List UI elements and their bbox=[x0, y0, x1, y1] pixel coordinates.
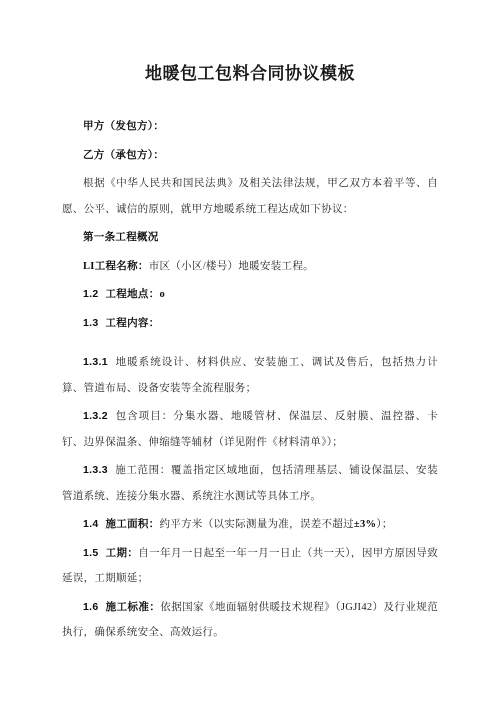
contract-document-page: 地暖包工包料合同协议模板 甲方（发包方）：乙方（承包方）：根据《中华人民共和国民… bbox=[0, 0, 500, 646]
clause-1-3-project-content: 1.3工程内容： bbox=[62, 311, 438, 337]
clause-1-3-1-scope-of-services-number: 1.3.1 bbox=[83, 356, 108, 368]
preamble-text: 根据《中华人民共和国民法典》及相关法律法规，甲乙双方本着平等、自愿、公平、诚信的… bbox=[62, 178, 438, 215]
party-b-line: 乙方（承包方）： bbox=[62, 143, 438, 169]
party-a-line: 甲方（发包方）： bbox=[62, 114, 438, 140]
clause-1-3-1-scope-of-services-text: 地暖系统设计、材料供应、安装施工、调试及售后，包括热力计算、管道布局、设备安装等… bbox=[62, 357, 438, 394]
clause-1-2-project-location: 1.2工程地点：o bbox=[62, 282, 438, 308]
clause-1-4-construction-area: 1.4施工面积：约平方米（以实际测量为准，误差不超过±3%）； bbox=[62, 512, 438, 538]
clause-1-6-construction-standard-number: 1.6 bbox=[83, 601, 99, 613]
clause-1-5-construction-period-text: 工期： bbox=[106, 548, 139, 559]
clause-1-3-project-content-text: 工程内容： bbox=[106, 318, 160, 329]
clause-1-2-project-location-text: 工程地点：o bbox=[106, 289, 166, 300]
clause-1-4-construction-area-text: ）； bbox=[376, 519, 392, 530]
clause-1-4-construction-area-number: 1.4 bbox=[83, 518, 99, 530]
clause-1-heading-text: 第一条工程概况 bbox=[83, 232, 159, 243]
clause-1-3-3-construction-scope-text: 施工范围：覆盖指定区域地面，包括清理基层、铺设保温层、安装管道系统、连接分集水器… bbox=[62, 465, 438, 502]
document-title: 地暖包工包料合同协议模板 bbox=[62, 0, 438, 86]
clause-1-3-1-scope-of-services: 1.3.1地暖系统设计、材料供应、安装施工、调试及售后，包括热力计算、管道布局、… bbox=[62, 350, 438, 401]
clause-1-3-2-included-items-number: 1.3.2 bbox=[83, 410, 108, 422]
clause-1-3-2-included-items-text: 包含项目：分集水器、地暖管材、保温层、反射膜、温控器、卡钉、边界保温条、伸缩缝等… bbox=[62, 411, 438, 448]
clause-1-2-project-location-number: 1.2 bbox=[83, 288, 99, 300]
party-b-line-text: 乙方（承包方）： bbox=[83, 150, 164, 161]
clause-1-heading: 第一条工程概况 bbox=[62, 225, 438, 251]
clause-1-6-construction-standard-text: 施工标准： bbox=[106, 602, 161, 613]
preamble: 根据《中华人民共和国民法典》及相关法律法规，甲乙双方本着平等、自愿、公平、诚信的… bbox=[62, 171, 438, 222]
clause-1-4-construction-area-text: 施工面积： bbox=[106, 519, 160, 530]
clause-1-3-3-construction-scope-number: 1.3.3 bbox=[83, 464, 108, 476]
document-body: 甲方（发包方）：乙方（承包方）：根据《中华人民共和国民法典》及相关法律法规，甲乙… bbox=[62, 114, 438, 646]
clause-1-5-construction-period: 1.5工期：自一年月一日起至一年一月一日止（共一天），因甲方原因导致延误，工期顺… bbox=[62, 541, 438, 592]
clause-1-3-project-content-number: 1.3 bbox=[83, 317, 99, 329]
clause-1-6-construction-standard: 1.6施工标准：依据国家《地面辐射供暖技术规程》（JGJI42）及行业规范执行，… bbox=[62, 595, 438, 646]
party-a-line-text: 甲方（发包方）： bbox=[83, 121, 164, 132]
clause-1-3-2-included-items: 1.3.2包含项目：分集水器、地暖管材、保温层、反射膜、温控器、卡钉、边界保温条… bbox=[62, 404, 438, 455]
clause-1-4-construction-area-text: ±3% bbox=[354, 519, 376, 530]
clause-1-1-project-name-text: LI工程名称： bbox=[83, 261, 149, 272]
clause-1-5-construction-period-number: 1.5 bbox=[83, 547, 99, 559]
clause-1-1-project-name: LI工程名称：市区（小区/楼号）地暖安装工程。 bbox=[62, 254, 438, 280]
clause-1-1-project-name-text: 市区（小区/楼号）地暖安装工程。 bbox=[149, 261, 314, 272]
clause-1-3-3-construction-scope: 1.3.3施工范围：覆盖指定区域地面，包括清理基层、铺设保温层、安装管道系统、连… bbox=[62, 458, 438, 509]
clause-1-4-construction-area-text: 约平方米（以实际测量为准，误差不超过 bbox=[160, 519, 354, 530]
